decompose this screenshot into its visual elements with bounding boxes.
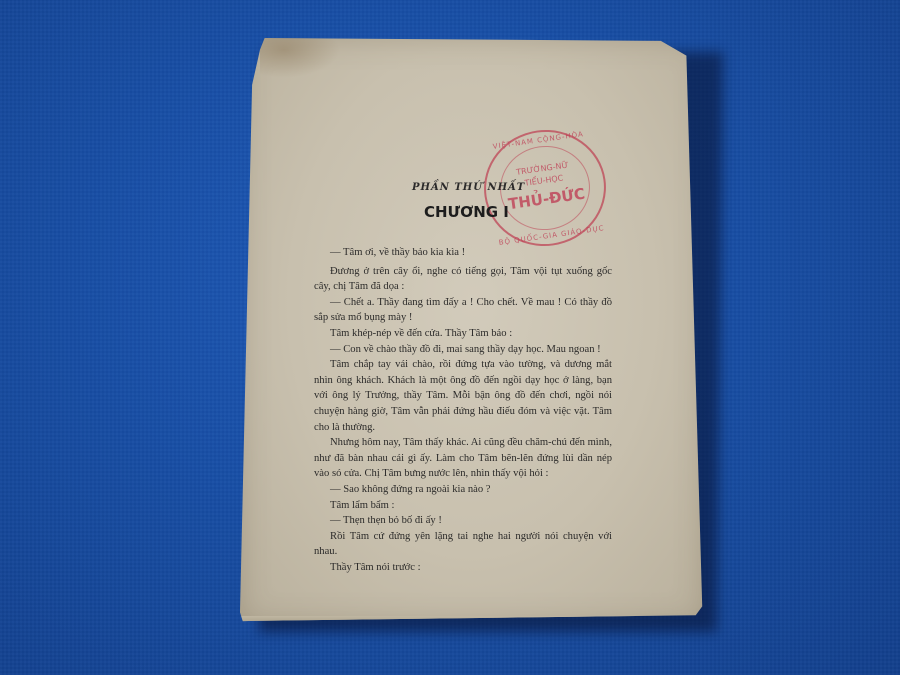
chapter-title: CHƯƠNG I: [424, 203, 509, 221]
paragraph: — Thẹn thẹn bỏ bố đi ấy !: [314, 513, 612, 529]
part-title: PHẦN THỨ NHẤT: [412, 182, 525, 193]
paragraph: Thầy Tâm nói trước :: [314, 560, 612, 576]
paragraph: Tâm lẩm bẩm :: [314, 498, 612, 514]
paragraph: Tâm khép-nép về đến cửa. Thầy Tâm bảo :: [314, 326, 612, 342]
paragraph: — Con về chào thầy đồ đi, mai sang thầy …: [314, 342, 612, 358]
paragraph: Đương ở trên cây ổi, nghe có tiếng gọi, …: [314, 264, 612, 295]
paragraph: — Chết a. Thầy đang tìm đấy a ! Cho chết…: [314, 295, 612, 326]
paragraph: — Tâm ơi, về thầy bảo kia kìa !: [314, 245, 612, 261]
paragraph: Rồi Tâm cứ đứng yên lặng tai nghe hai ng…: [314, 529, 612, 560]
paragraph: — Sao không đứng ra ngoài kia nào ?: [314, 482, 612, 498]
paragraph: Tâm chắp tay vái chào, rồi đứng tựa vào …: [314, 357, 612, 435]
chapter-body: — Tâm ơi, về thầy bảo kia kìa ! Đương ở …: [314, 245, 612, 575]
paragraph: Nhưng hôm nay, Tâm thấy khác. Ai cũng đề…: [314, 435, 612, 482]
page-stain: [260, 38, 340, 78]
